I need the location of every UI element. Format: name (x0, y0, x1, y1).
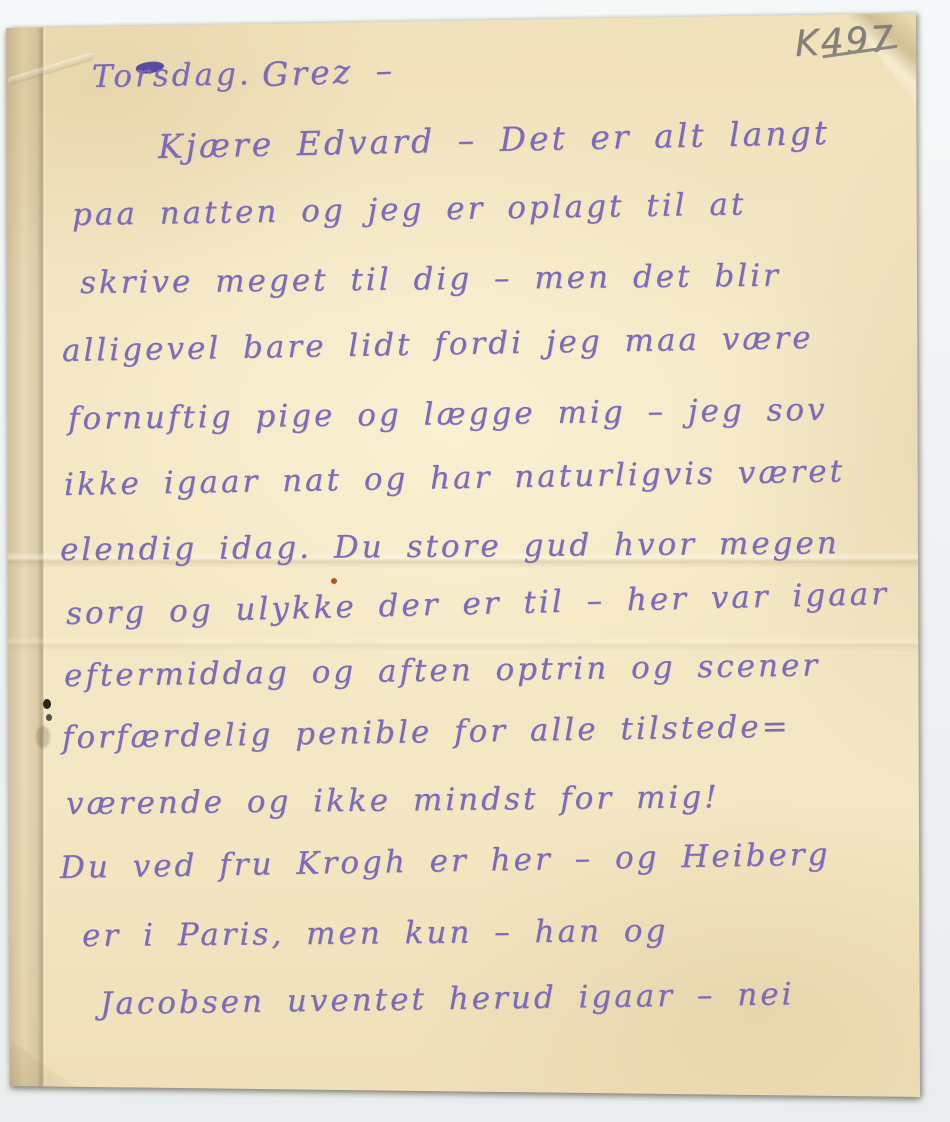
letter-line: elendig idag. Du store gud hvor megen (60, 528, 840, 566)
letter-line: Jacobsen uventet herud igaar – nei (100, 979, 795, 1020)
letter-line: eftermiddag og aften optrin og scener (64, 650, 821, 692)
ink-spot (43, 699, 51, 709)
letter-line: værende og ikke mindst for mig! (66, 782, 720, 820)
dateline-day: Torsdag. (92, 59, 252, 93)
paper-speck (331, 578, 337, 584)
letter-line: er i Paris, men kun – han og (82, 916, 669, 952)
letter-line: forfærdelig penible for alle tilstede= (62, 712, 791, 754)
scanner-background: K497 Torsdag. Grez – Kjære Edvard – Det … (0, 0, 950, 1122)
paper-shadow-wrap: K497 Torsdag. Grez – Kjære Edvard – Det … (0, 0, 950, 1122)
letter-line: sorg og ulykke der er til – her var igaa… (66, 579, 890, 630)
letter-page: K497 Torsdag. Grez – Kjære Edvard – Det … (0, 0, 950, 1122)
letter-line: skrive meget til dig – men det blir (80, 261, 781, 299)
letter-line: Du ved fru Krogh er her – og Heiberg (60, 840, 831, 884)
letter-line: fornuftig pige og lægge mig – jeg sov (68, 395, 828, 435)
letter-line: alligevel bare lidt fordi jeg maa være (62, 323, 814, 367)
letter-line: paa natten og jeg er oplagt til at (72, 189, 747, 231)
letter-line: ikke igaar nat og har naturligvis været (64, 456, 846, 501)
ink-smudge (36, 726, 50, 748)
archival-number-pencil: K497 (794, 19, 896, 65)
dateline-place: Grez – (261, 53, 395, 91)
ink-spot (46, 714, 52, 721)
letter-line: Kjære Edvard – Det er alt langt (158, 116, 831, 163)
